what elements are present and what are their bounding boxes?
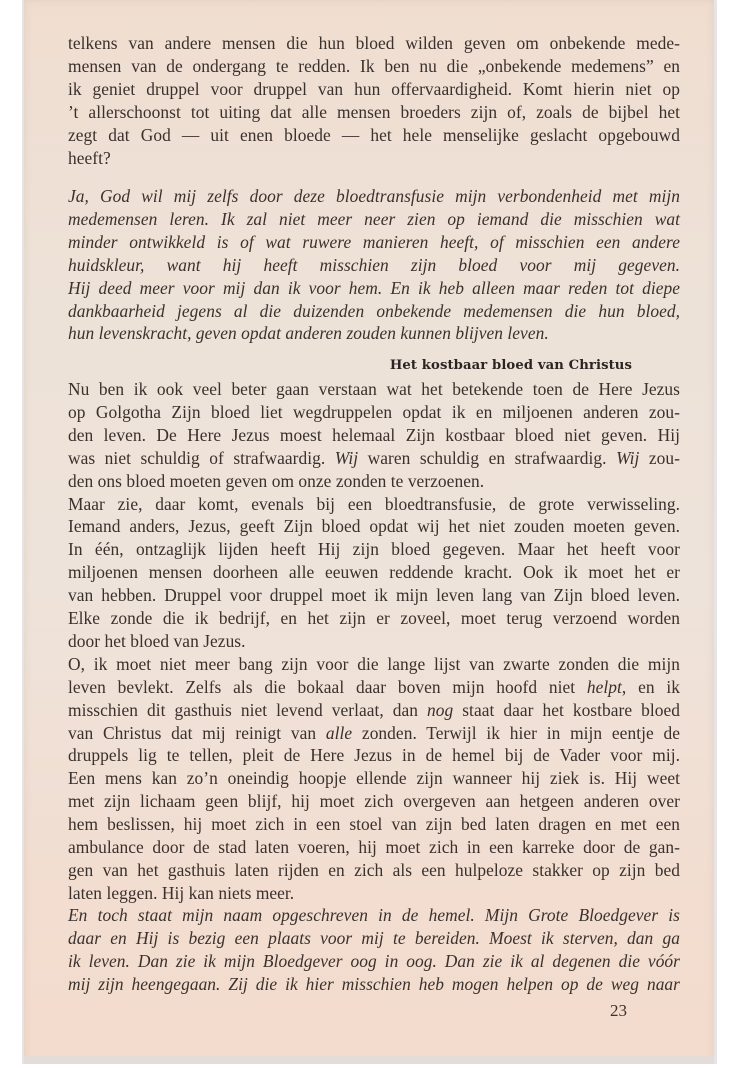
section-heading: Het kostbaar bloed van Christus xyxy=(390,358,632,373)
emphasis: Wij xyxy=(616,448,639,468)
text-line: ik leven. Dan zie ik mijn Bloedgever oog… xyxy=(68,950,680,972)
emphasis: nog xyxy=(427,700,453,720)
text-line: was niet schuldig of strafwaardig. Wij w… xyxy=(68,447,680,469)
text-line: daar en Hij is bezig een plaats voor mij… xyxy=(68,927,680,949)
text-line: minder ontwikkeld is of wat ruwere manie… xyxy=(68,231,680,253)
text-line: Maar zie, daar komt, evenals bij een blo… xyxy=(68,493,680,515)
emphasis: alle xyxy=(326,723,352,743)
text-line: ik geniet druppel voor druppel van hun o… xyxy=(68,78,680,100)
book-page: telkens van andere mensen die hun bloed … xyxy=(24,0,714,1064)
text-line: druppels lig te tellen, pleit de Here Je… xyxy=(68,744,680,766)
text-line: laten leggen. Hij kan niets meer. xyxy=(68,882,680,904)
text-line: zegt dat God — uit enen bloede — het hel… xyxy=(68,124,680,146)
text-line: Hij deed meer voor mij dan ik voor hem. … xyxy=(68,277,680,299)
emphasis: helpt xyxy=(587,677,622,697)
text-line: met zijn lichaam geen blijf, hij moet zi… xyxy=(68,790,680,812)
text-line: heeft? xyxy=(68,147,680,169)
text-line: dankbaarheid jegens al die duizenden onb… xyxy=(68,300,680,322)
text-line: Een mens kan zo’n oneindig hoopje ellend… xyxy=(68,767,680,789)
emphasis: Wij xyxy=(335,448,358,468)
text-line: door het bloed van Jezus. xyxy=(68,630,680,652)
text-line: misschien dit gasthuis niet levend verla… xyxy=(68,699,680,721)
text-line: miljoenen mensen doorheen alle eeuwen re… xyxy=(68,561,680,583)
text-line: gen van het gasthuis laten rijden en zic… xyxy=(68,859,680,881)
text-line: leven bevlekt. Zelfs als die bokaal daar… xyxy=(68,676,680,698)
text-line: ambulance door de stad laten voeren, hij… xyxy=(68,836,680,858)
text-line: ’t allerschoonst tot uiting dat alle men… xyxy=(68,101,680,123)
text-line: huidskleur, want hij heeft misschien zij… xyxy=(68,254,680,276)
text-line: den ons bloed moeten geven om onze zonde… xyxy=(68,470,680,492)
text-line: Ja, God wil mij zelfs door deze bloedtra… xyxy=(68,185,680,207)
text-line: Elke zonde die ik bedrijf, en het zijn e… xyxy=(68,607,680,629)
text-line: En toch staat mijn naam opgeschreven in … xyxy=(68,904,680,926)
text-line: Nu ben ik ook veel beter gaan verstaan w… xyxy=(68,378,680,400)
text-line: mij zijn heengegaan. Zij die ik hier mis… xyxy=(68,973,680,995)
text-line: O, ik moet niet meer bang zijn voor die … xyxy=(68,653,680,675)
text-line: Iemand anders, Jezus, geeft Zijn bloed o… xyxy=(68,515,680,537)
text-line: den leven. De Here Jezus moest helemaal … xyxy=(68,424,680,446)
text-line: op Golgotha Zijn bloed liet wegdruppelen… xyxy=(68,401,680,423)
text-line: telkens van andere mensen die hun bloed … xyxy=(68,32,680,54)
page-number: 23 xyxy=(610,1001,627,1021)
text-line: In één, ontzaglijk lijden heeft Hij zijn… xyxy=(68,538,680,560)
text-line: hem beslissen, hij moet zich in een stoe… xyxy=(68,813,680,835)
page-frame-right xyxy=(714,0,717,1064)
text-line: van Christus dat mij reinigt van alle zo… xyxy=(68,722,680,744)
text-line: mensen van de ondergang te redden. Ik be… xyxy=(68,55,680,77)
text-line: hun levenskracht, geven opdat anderen zo… xyxy=(68,322,680,344)
text-line: van hebben. Druppel voor druppel moet ik… xyxy=(68,584,680,606)
text-line: medemensen leren. Ik zal niet meer neer … xyxy=(68,208,680,230)
